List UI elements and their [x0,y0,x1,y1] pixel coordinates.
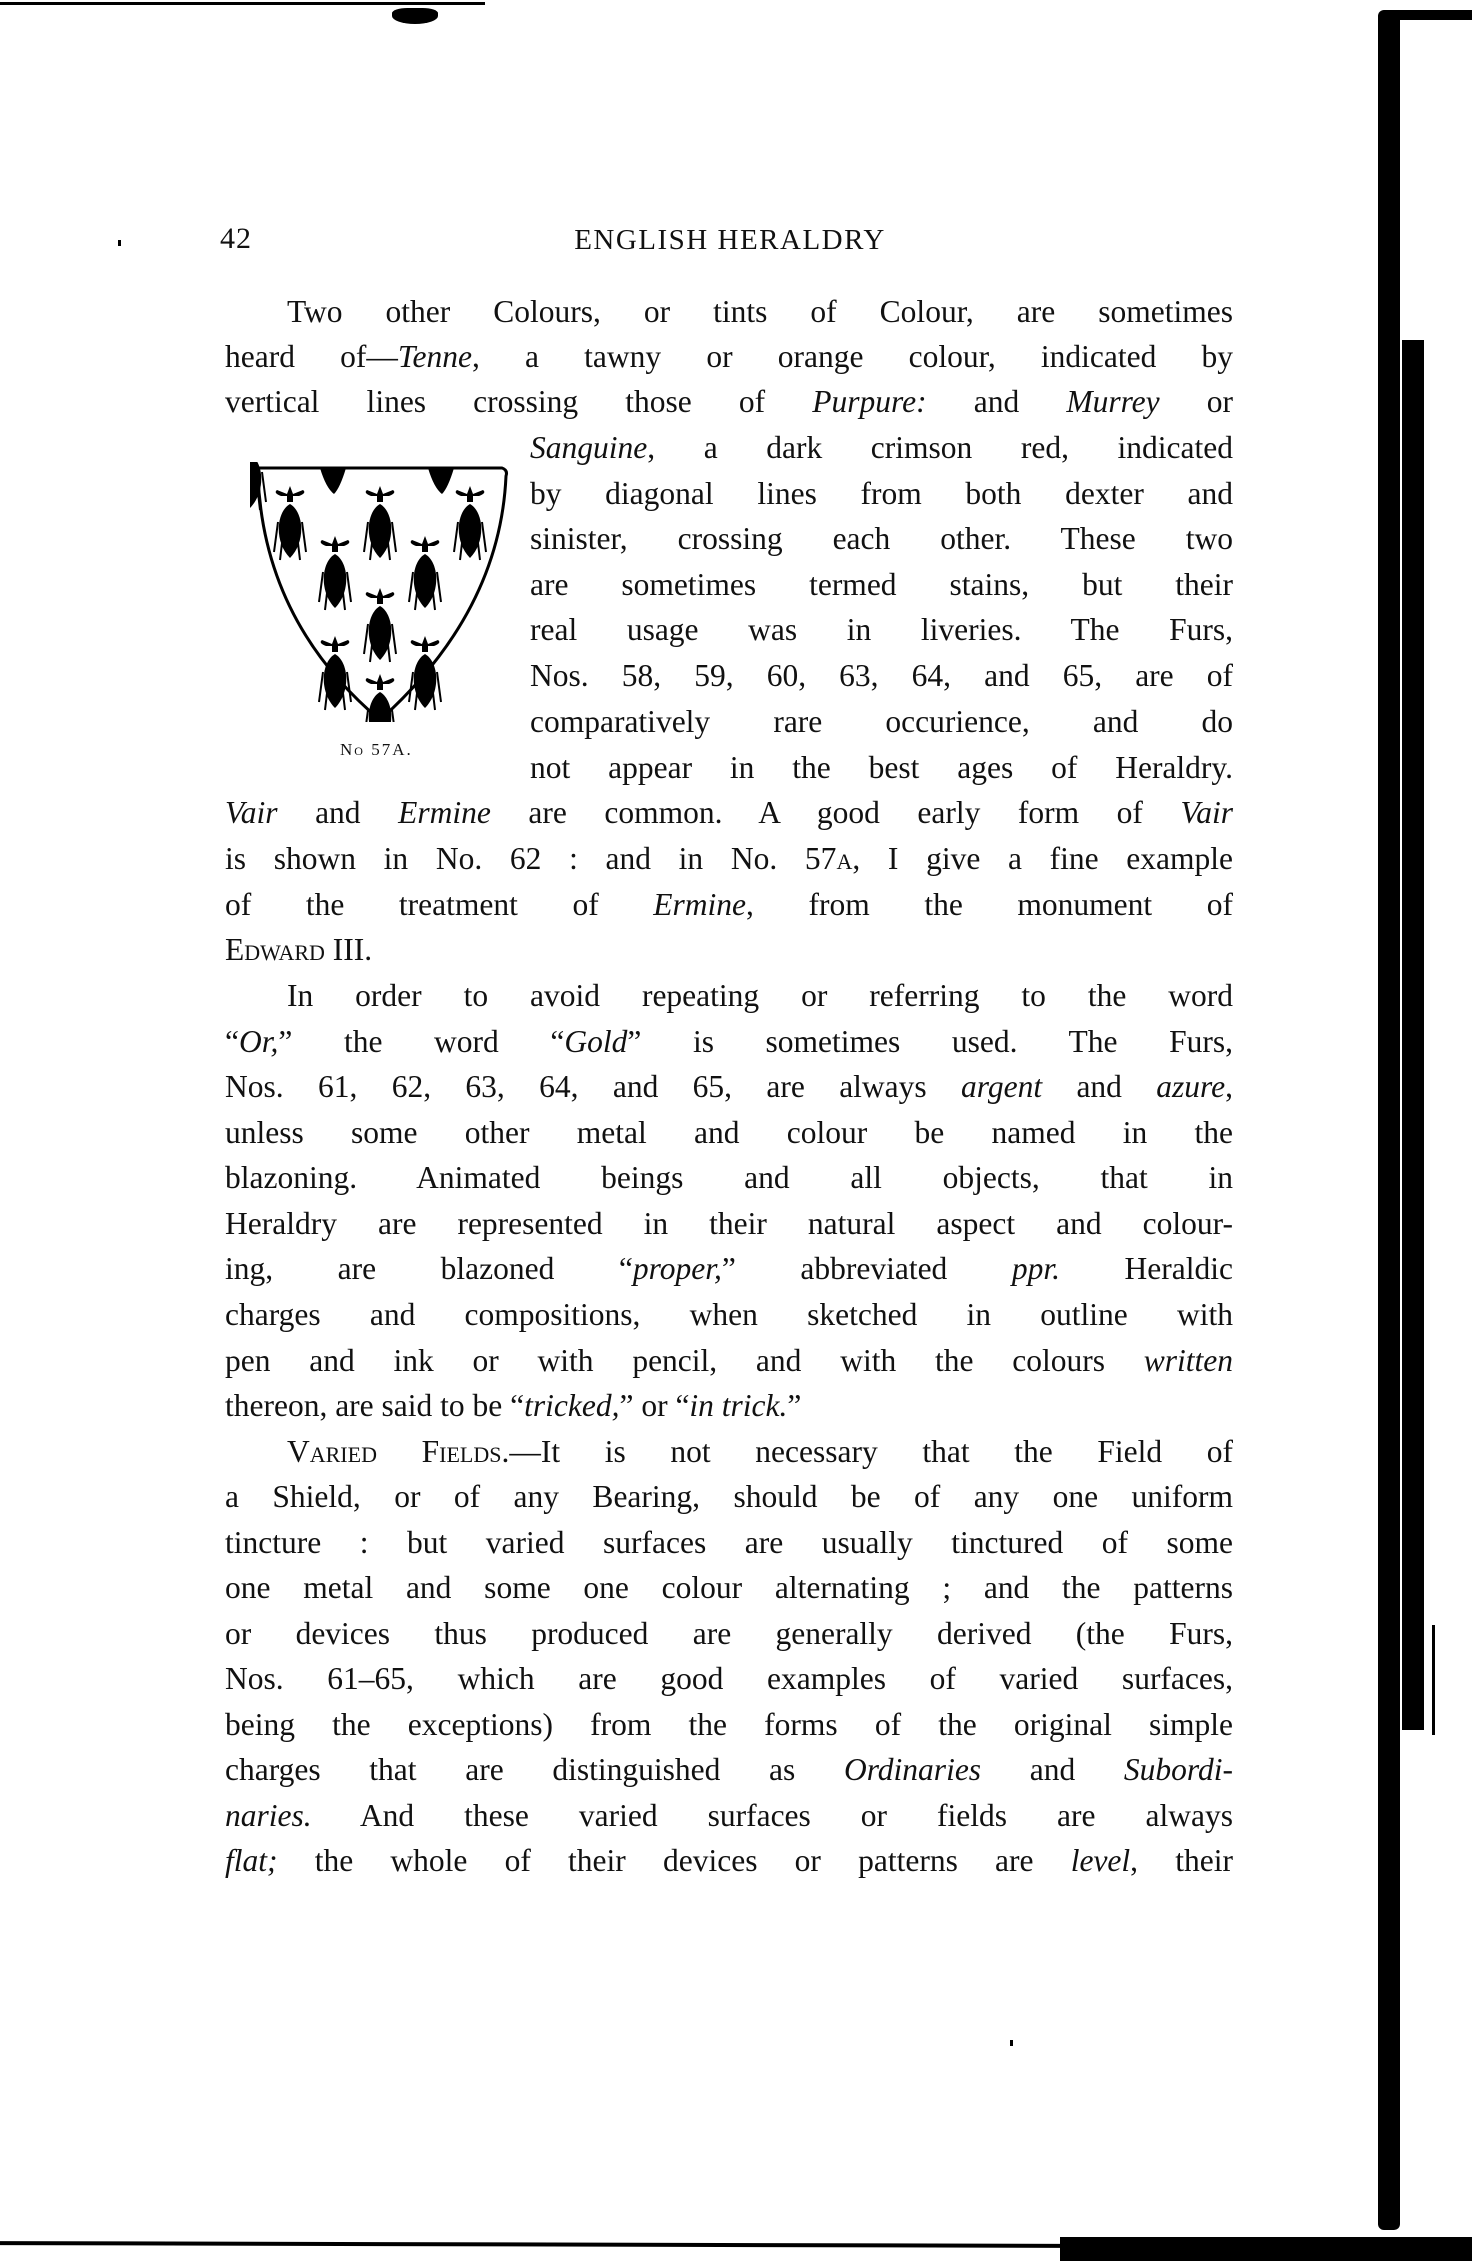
italic-term: Ermine [398,795,491,830]
text-segment: unless some other metal and colour be na… [225,1115,1233,1150]
text-line: a Shield, or of any Bearing, should be o… [225,1477,1233,1517]
text-line: Nos. 58, 59, 60, 63, 64, and 65, are of [530,656,1233,696]
italic-term: Purpure: [812,384,926,419]
italic-term: in trick. [689,1388,787,1423]
text-line: thereon, are said to be “tricked,” or “i… [225,1386,1233,1426]
text-segment: a Shield, or of any Bearing, should be o… [225,1479,1233,1514]
text-segment: In order to avoid repeating or referring… [287,978,1233,1013]
text-segment: or devices thus produced are generally d… [225,1616,1233,1651]
scan-speck [1010,2040,1013,2046]
text-segment: ” is sometimes used. The Furs, [627,1024,1233,1059]
text-line: Vair and Ermine are common. A good early… [225,793,1233,833]
text-line: tincture : but varied surfaces are usual… [225,1523,1233,1563]
italic-term: naries. [225,1798,312,1833]
book-spine-line [1432,1625,1435,1735]
italic-term: Subordi- [1124,1752,1233,1787]
text-line: by diagonal lines from both dexter and [530,474,1233,514]
text-line: of the treatment of Ermine, from the mon… [225,885,1233,925]
text-segment: heard of— [225,339,398,374]
text-line: naries. And these varied surfaces or fie… [225,1796,1233,1836]
small-caps-text: a [836,841,852,876]
text-segment: are sometimes termed stains, but their [530,567,1233,602]
text-segment: , a tawny or orange colour, indicated by [472,339,1233,374]
italic-term: flat; [225,1843,278,1878]
text-segment: pen and ink or with pencil, and with the… [225,1343,1144,1378]
text-segment: , from the monument of [746,887,1233,922]
page-header: 42 ENGLISH HERALDRY [220,222,1240,266]
text-line: flat; the whole of their devices or patt… [225,1841,1233,1881]
text-segment: charges and compositions, when sketched … [225,1297,1233,1332]
scan-speck [118,240,121,246]
text-segment: ” the word “ [278,1024,564,1059]
book-spine-edge [1378,10,1400,2230]
text-line: Varied Fields.—It is not necessary that … [225,1432,1233,1472]
text-segment: by diagonal lines from both dexter and [530,476,1233,511]
text-line: is shown in No. 62 : and in No. 57a, I g… [225,839,1233,879]
book-spine-shadow [1402,340,1424,1730]
italic-term: written [1144,1343,1233,1378]
text-segment: the whole of their devices or patterns a… [278,1843,1071,1878]
text-line: charges and compositions, when sketched … [225,1295,1233,1335]
book-spine-top [1392,10,1472,20]
italic-term: Ordinaries [844,1752,981,1787]
text-line: Nos. 61, 62, 63, 64, and 65, are always … [225,1067,1233,1107]
text-line: “Or,” the word “Gold” is sometimes used.… [225,1022,1233,1062]
text-segment: comparatively rare occurience, and do [530,704,1233,739]
text-segment: ” [787,1388,801,1423]
italic-term: Gold [564,1024,627,1059]
text-line: or devices thus produced are generally d… [225,1614,1233,1654]
figure-caption: No 57A. [340,740,413,760]
text-segment: is shown in No. 62 : and in No. 57 [225,841,836,876]
text-segment: Heraldic [1060,1251,1233,1286]
italic-term: Vair [1180,795,1233,830]
text-segment: one metal and some one colour alternatin… [225,1570,1233,1605]
ermine-shield-figure [250,462,510,722]
text-segment: And these varied surfaces or fields are … [312,1798,1233,1833]
text-line: vertical lines crossing those of Purpure… [225,382,1233,422]
text-line: comparatively rare occurience, and do [530,702,1233,742]
text-line: ing, are blazoned “proper,” abbreviated … [225,1249,1233,1289]
text-segment: Two other Colours, or tints of Colour, a… [287,294,1233,329]
italic-term: Or, [239,1024,278,1059]
text-segment: of the treatment of [225,887,653,922]
text-line: one metal and some one colour alternatin… [225,1568,1233,1608]
text-line: being the exceptions) from the forms of … [225,1705,1233,1745]
text-segment: blazoning. Animated beings and all objec… [225,1160,1233,1195]
italic-term: Vair [225,795,278,830]
text-segment: or [1160,384,1233,419]
text-segment: , a dark crimson red, indicated [647,430,1233,465]
text-segment: , their [1130,1843,1233,1878]
italic-term: azure [1156,1069,1225,1104]
italic-term: Sanguine [530,430,647,465]
text-segment: —It is not necessary that the Field of [509,1434,1233,1469]
ermine-shield-icon [250,462,510,722]
italic-term: argent [961,1069,1042,1104]
text-line: sinister, crossing each other. These two [530,519,1233,559]
text-line: heard of—Tenne, a tawny or orange colour… [225,337,1233,377]
running-title: ENGLISH HERALDRY [220,224,1240,257]
scan-ink-blot [392,8,438,24]
text-line: not appear in the best ages of Heraldry. [530,748,1233,788]
text-line: Edward III. [225,930,1233,970]
text-segment: , [1225,1069,1233,1104]
text-segment: are common. A good early form of [491,795,1181,830]
text-segment: ing, are blazoned “ [225,1251,633,1286]
text-segment: and [1042,1069,1156,1104]
text-line: Heraldry are represented in their natura… [225,1204,1233,1244]
text-segment: sinister, crossing each other. These two [530,521,1233,556]
text-line: charges that are distinguished as Ordina… [225,1750,1233,1790]
text-segment: and [927,384,1067,419]
italic-term: proper, [633,1251,722,1286]
italic-term: level [1071,1843,1130,1878]
text-segment: vertical lines crossing those of [225,384,812,419]
text-segment: Heraldry are represented in their natura… [225,1206,1233,1241]
text-segment: “ [225,1024,239,1059]
text-line: real usage was in liveries. The Furs, [530,610,1233,650]
text-segment: not appear in the best ages of Heraldry. [530,750,1233,785]
scan-edge-top [0,2,485,5]
italic-term: ppr. [1012,1251,1060,1286]
italic-term: tricked, [524,1388,619,1423]
text-line: Sanguine, a dark crimson red, indicated [530,428,1233,468]
text-segment: III. [325,932,372,967]
scan-edge-bottom-blot [1060,2237,1472,2261]
text-segment: , I give a fine example [852,841,1233,876]
text-segment: and [278,795,399,830]
text-line: are sometimes termed stains, but their [530,565,1233,605]
text-segment: Nos. 61, 62, 63, 64, and 65, are always [225,1069,961,1104]
text-segment: ” abbreviated [722,1251,1012,1286]
text-line: unless some other metal and colour be na… [225,1113,1233,1153]
text-line: pen and ink or with pencil, and with the… [225,1341,1233,1381]
text-segment: thereon, are said to be “ [225,1388,524,1423]
text-line: In order to avoid repeating or referring… [225,976,1233,1016]
italic-term: Tenne [398,339,472,374]
text-segment: Nos. 61–65, which are good examples of v… [225,1661,1233,1696]
text-line: blazoning. Animated beings and all objec… [225,1158,1233,1198]
text-segment: Nos. 58, 59, 60, 63, 64, and 65, are of [530,658,1233,693]
text-segment: and [981,1752,1124,1787]
small-caps-text: Edward [225,932,325,967]
text-segment: ” or “ [619,1388,689,1423]
small-caps-text: Varied Fields. [287,1434,509,1469]
text-segment: tincture : but varied surfaces are usual… [225,1525,1233,1560]
text-segment: real usage was in liveries. The Furs, [530,612,1233,647]
text-line: Two other Colours, or tints of Colour, a… [225,292,1233,332]
text-line: Nos. 61–65, which are good examples of v… [225,1659,1233,1699]
italic-term: Ermine [653,887,746,922]
italic-term: Murrey [1066,384,1159,419]
text-segment: charges that are distinguished as [225,1752,844,1787]
text-segment: being the exceptions) from the forms of … [225,1707,1233,1742]
